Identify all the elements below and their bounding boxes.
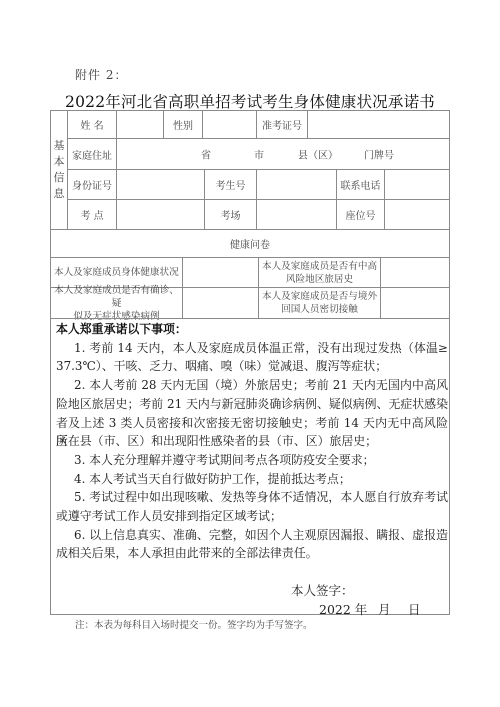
health-questionnaire-title: 健康问卷 bbox=[50, 229, 449, 257]
basic-info-section-label: 基 本 信 息 bbox=[50, 110, 67, 229]
admission-no-label: 准考证号 bbox=[256, 110, 307, 138]
footnote: 注：本表为每科目入场时提交一份。签字均为手写签字。 bbox=[75, 617, 313, 631]
commitment-line: 1. 考前 14 天内，本人及家庭成员体温正常，没有出现过发热（体温≥ bbox=[56, 339, 448, 358]
seat-value-field bbox=[384, 199, 449, 229]
id-number-label: 身份证号 bbox=[67, 169, 116, 199]
name-label: 姓 名 bbox=[67, 110, 116, 138]
health-q1-line: 本人及家庭成员身体健康状况 bbox=[54, 266, 179, 279]
address-value-field: 省 市 县（区） 门牌号 bbox=[116, 138, 449, 169]
health-q4-line: 本人及家庭成员是否与境外 bbox=[262, 290, 377, 303]
section-label-char: 基 bbox=[54, 138, 65, 154]
signature-date-month: 月 bbox=[378, 600, 391, 618]
address-label: 家庭住址 bbox=[67, 138, 116, 169]
health-q1-answer-field bbox=[182, 257, 258, 287]
health-q4-answer-field bbox=[380, 287, 449, 318]
signature-label: 本人签字： bbox=[291, 581, 354, 599]
commitment-line: 37.3℃）、干咳、乏力、咽痛、嗅（味）觉减退、腹泻等症状； bbox=[56, 357, 448, 376]
section-label-char: 本 bbox=[54, 154, 65, 170]
commitment-line: 所在县（市、区）和出现阳性感染者的县（市、区）旅居史； bbox=[56, 432, 448, 451]
document-title: 2022年河北省高职单招考试考生身体健康状况承诺书 bbox=[0, 90, 500, 112]
health-q2-line: 本人及家庭成员是否有中高 bbox=[262, 260, 377, 273]
name-value-field bbox=[116, 110, 163, 138]
commitment-line: 成相关后果，本人承担由此带来的全部法律责任。 bbox=[56, 544, 448, 563]
signature-date-day: 日 bbox=[408, 600, 421, 618]
commitment-heading: 本人郑重承诺以下事项： bbox=[56, 320, 448, 339]
admission-no-value-field bbox=[307, 110, 449, 138]
phone-label: 联系电话 bbox=[336, 169, 384, 199]
address-city: 市 bbox=[254, 147, 264, 162]
section-label-char: 信 bbox=[54, 170, 65, 186]
candidate-no-label: 考生号 bbox=[204, 169, 256, 199]
health-q3-label: 本人及家庭成员是否有确诊、疑 似及无症状感染病例 bbox=[50, 287, 182, 318]
address-county: 县（区） bbox=[298, 147, 338, 162]
commitment-line: 2. 本人考前 28 天内无国（境）外旅居史；考前 21 天内无国内中高风 bbox=[56, 376, 448, 395]
commitment-line: 险地区旅居史；考前 21 天内与新冠肺炎确诊病例、疑似病例、无症状感染 bbox=[56, 395, 448, 414]
gender-label: 性别 bbox=[163, 110, 202, 138]
gender-value-field bbox=[202, 110, 256, 138]
attachment-label: 附件 2： bbox=[75, 66, 127, 83]
commitment-line: 5. 考试过程中如出现咳嗽、发热等身体不适情况，本人愿自行放弃考试 bbox=[56, 488, 448, 507]
commitment-line: 3. 本人充分理解并遵守考试期间考点各项防疫安全要求； bbox=[56, 451, 448, 470]
exam-room-label: 考场 bbox=[204, 199, 256, 229]
section-label-char: 息 bbox=[54, 186, 65, 202]
signature-date-year: 2022 年 bbox=[319, 600, 367, 618]
exam-site-label: 考 点 bbox=[67, 199, 116, 229]
health-q2-line: 风险地区旅居史 bbox=[286, 273, 353, 286]
health-q3-line: 本人及家庭成员是否有确诊、疑 bbox=[51, 284, 182, 310]
candidate-no-value-field bbox=[256, 169, 336, 199]
health-q2-answer-field bbox=[380, 257, 449, 287]
health-q1-label: 本人及家庭成员身体健康状况 bbox=[50, 257, 182, 287]
health-q4-line: 回国人员密切接触 bbox=[281, 303, 358, 316]
commitment-line: 4. 本人考试当天自行做好防护工作，提前抵达考点； bbox=[56, 470, 448, 489]
exam-site-value-field bbox=[116, 199, 204, 229]
address-door-no: 门牌号 bbox=[364, 147, 394, 162]
address-province: 省 bbox=[201, 147, 211, 162]
commitment-form-table: 基 本 信 息 姓 名 性别 准考证号 家庭住址 省 市 县（区） 门牌号 身份… bbox=[50, 110, 450, 615]
commitment-line: 6. 以上信息真实、准确、完整，如因个人主观原因漏报、瞒报、虚报造 bbox=[56, 526, 448, 545]
commitment-line: 或遵守考试工作人员安排到指定区域考试； bbox=[56, 507, 448, 526]
exam-room-value-field bbox=[256, 199, 336, 229]
id-number-value-field bbox=[116, 169, 204, 199]
commitment-section: 本人郑重承诺以下事项： 1. 考前 14 天内，本人及家庭成员体温正常，没有出现… bbox=[50, 318, 449, 614]
phone-value-field bbox=[384, 169, 449, 199]
health-q2-label: 本人及家庭成员是否有中高 风险地区旅居史 bbox=[258, 257, 380, 287]
health-q4-label: 本人及家庭成员是否与境外 回国人员密切接触 bbox=[258, 287, 380, 318]
seat-label: 座位号 bbox=[336, 199, 384, 229]
health-q3-answer-field bbox=[182, 287, 258, 318]
